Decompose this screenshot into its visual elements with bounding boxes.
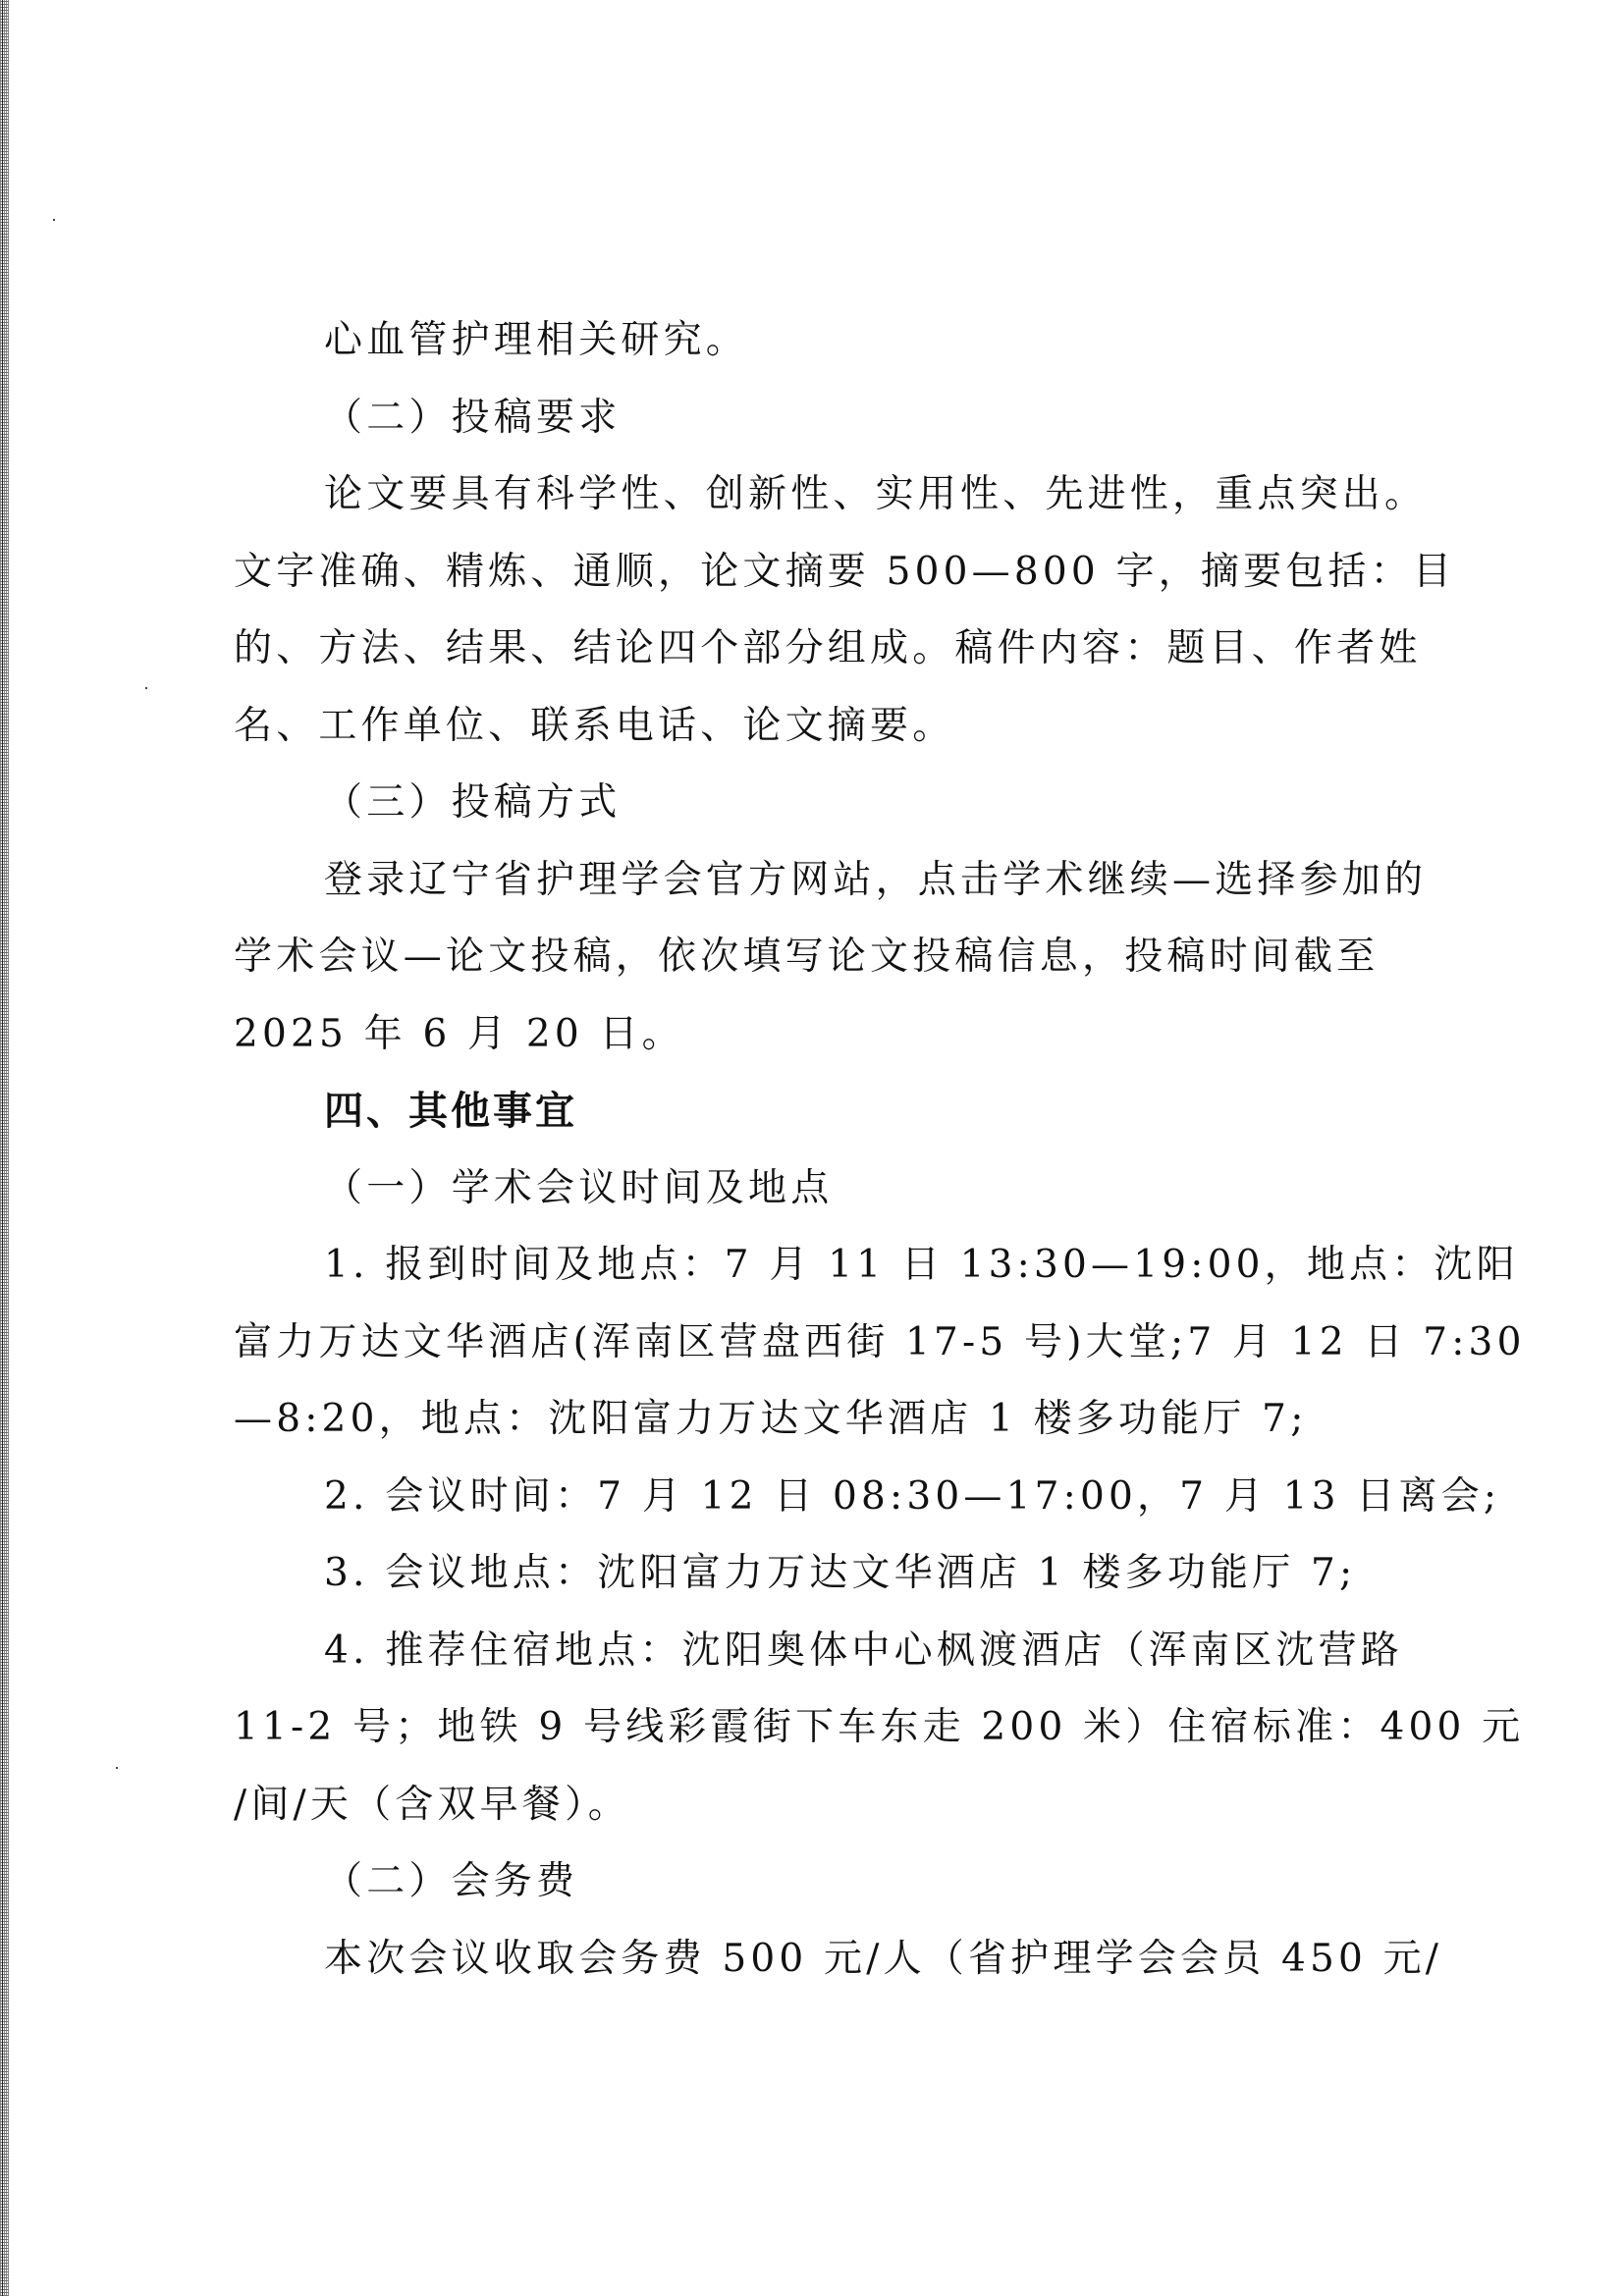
body-line: —8:20，地点：沈阳富力万达文华酒店 1 楼多功能厅 7; (234, 1381, 1456, 1459)
section-heading-other-matters: 四、其他事宜 (234, 1073, 1456, 1150)
section-subheading-conference-fee: （二）会务费 (234, 1843, 1456, 1921)
scan-speck (116, 1767, 118, 1769)
body-line: 论文要具有科学性、创新性、实用性、先进性，重点突出。 (234, 456, 1456, 534)
body-line: 登录辽宁省护理学会官方网站，点击学术继续—选择参加的 (234, 842, 1456, 920)
body-line: 2025 年 6 月 20 日。 (234, 996, 1456, 1074)
list-item-registration: 1. 报到时间及地点：7 月 11 日 13:30—19:00，地点：沈阳 (234, 1227, 1456, 1305)
scan-edge-line (2, 0, 3, 2296)
section-subheading-submission-requirements: （二）投稿要求 (234, 380, 1456, 457)
body-line: 的、方法、结果、结论四个部分组成。稿件内容：题目、作者姓 (234, 611, 1456, 688)
list-item-accommodation: 4. 推荐住宿地点：沈阳奥体中心枫渡酒店（浑南区沈营路 (234, 1613, 1456, 1690)
scan-speck (53, 219, 55, 221)
body-line: 学术会议—论文投稿，依次填写论文投稿信息，投稿时间截至 (234, 919, 1456, 996)
body-line: 富力万达文华酒店(浑南区营盘西街 17-5 号)大堂;7 月 12 日 7:30 (234, 1305, 1456, 1382)
body-line: 名、工作单位、联系电话、论文摘要。 (234, 688, 1456, 766)
list-item-meeting-place: 3. 会议地点：沈阳富力万达文华酒店 1 楼多功能厅 7; (234, 1535, 1456, 1613)
section-subheading-submission-method: （三）投稿方式 (234, 765, 1456, 842)
list-item-meeting-time: 2. 会议时间：7 月 12 日 08:30—17:00，7 月 13 日离会; (234, 1459, 1456, 1536)
body-line: 本次会议收取会务费 500 元/人（省护理学会会员 450 元/ (234, 1921, 1456, 1999)
body-line: 文字准确、精炼、通顺，论文摘要 500—800 字，摘要包括：目 (234, 534, 1456, 612)
body-line: 11-2 号；地铁 9 号线彩霞街下车东走 200 米）住宿标准：400 元 (234, 1689, 1456, 1767)
section-subheading-time-and-place: （一）学术会议时间及地点 (234, 1150, 1456, 1228)
document-page: 心血管护理相关研究。 （二）投稿要求 论文要具有科学性、创新性、实用性、先进性，… (234, 302, 1456, 1998)
body-line: 心血管护理相关研究。 (234, 302, 1456, 380)
scan-speck (145, 687, 147, 689)
body-line: /间/天（含双早餐）。 (234, 1767, 1456, 1844)
